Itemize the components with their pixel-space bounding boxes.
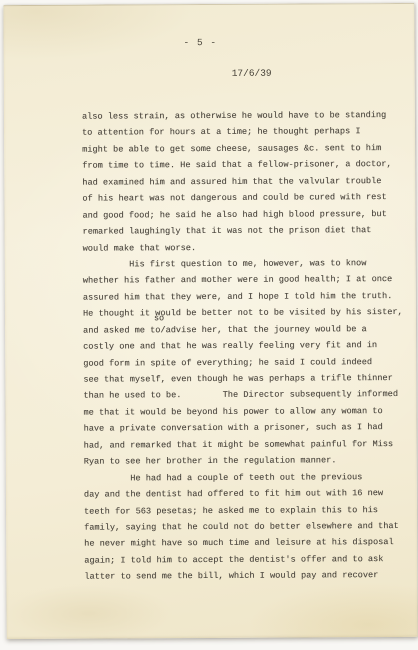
text-line: he never might have so much time and lei…: [84, 534, 418, 552]
text-line: me that it would be beyond his power to …: [83, 403, 418, 421]
text-line: to attention for hours at a time; he tho…: [82, 123, 418, 141]
text-line: had examined him and assured him that th…: [82, 173, 418, 191]
text-line: of his heart was not dangerous and could…: [82, 189, 418, 207]
text-line: family, saying that he could not do bett…: [84, 518, 418, 536]
text-line: from time to time. He said that a fellow…: [82, 156, 418, 174]
text-line: would make that worse.: [83, 238, 418, 256]
text-line: remarked laughingly that it was not the …: [82, 222, 418, 240]
text-line: also less strain, as otherwise he would …: [82, 107, 418, 125]
text-line: whether his father and mother were in go…: [83, 271, 418, 289]
text-line: had, and remarked that it might be somew…: [84, 436, 418, 454]
text-line: He thought it would be better not to be …: [83, 304, 418, 322]
text-line: Ryan to see her brother in the regulatio…: [84, 452, 418, 470]
text-line: latter to send me the bill, which I woul…: [84, 567, 418, 585]
text-line: day and the dentist had offered to fit h…: [84, 485, 418, 503]
page-number: - 5 -: [184, 37, 218, 48]
text-line: than he used to be. The Director subsequ…: [83, 386, 418, 404]
text-line: might be able to get some cheese, sausag…: [82, 140, 418, 158]
text-line: have a private conversation with a priso…: [84, 419, 418, 437]
text-line: and asked me to/advise her, that the jou…: [83, 321, 418, 339]
document-page: - 5 - 17/6/39 so also less strain, as ot…: [3, 3, 417, 639]
text-line: He had had a couple of teeth out the pre…: [84, 469, 418, 487]
date-stamp: 17/6/39: [232, 68, 272, 79]
text-line: and good food; he said he also had high …: [82, 206, 418, 224]
text-line: good form in spite of everything; he sai…: [83, 353, 418, 371]
body-text: also less strain, as otherwise he would …: [82, 107, 418, 585]
text-line: teeth for 563 pesetas; he asked me to ex…: [84, 501, 418, 519]
text-line: His first question to me, however, was t…: [83, 255, 418, 273]
text-line: costly one and that he was really feelin…: [83, 337, 418, 355]
text-line: again; I told him to accept the dentist'…: [84, 551, 418, 569]
text-line: assured him that they were, and I hope I…: [83, 288, 418, 306]
text-line: see that myself, even though he was perh…: [83, 370, 418, 388]
scan-background: - 5 - 17/6/39 so also less strain, as ot…: [0, 0, 418, 650]
